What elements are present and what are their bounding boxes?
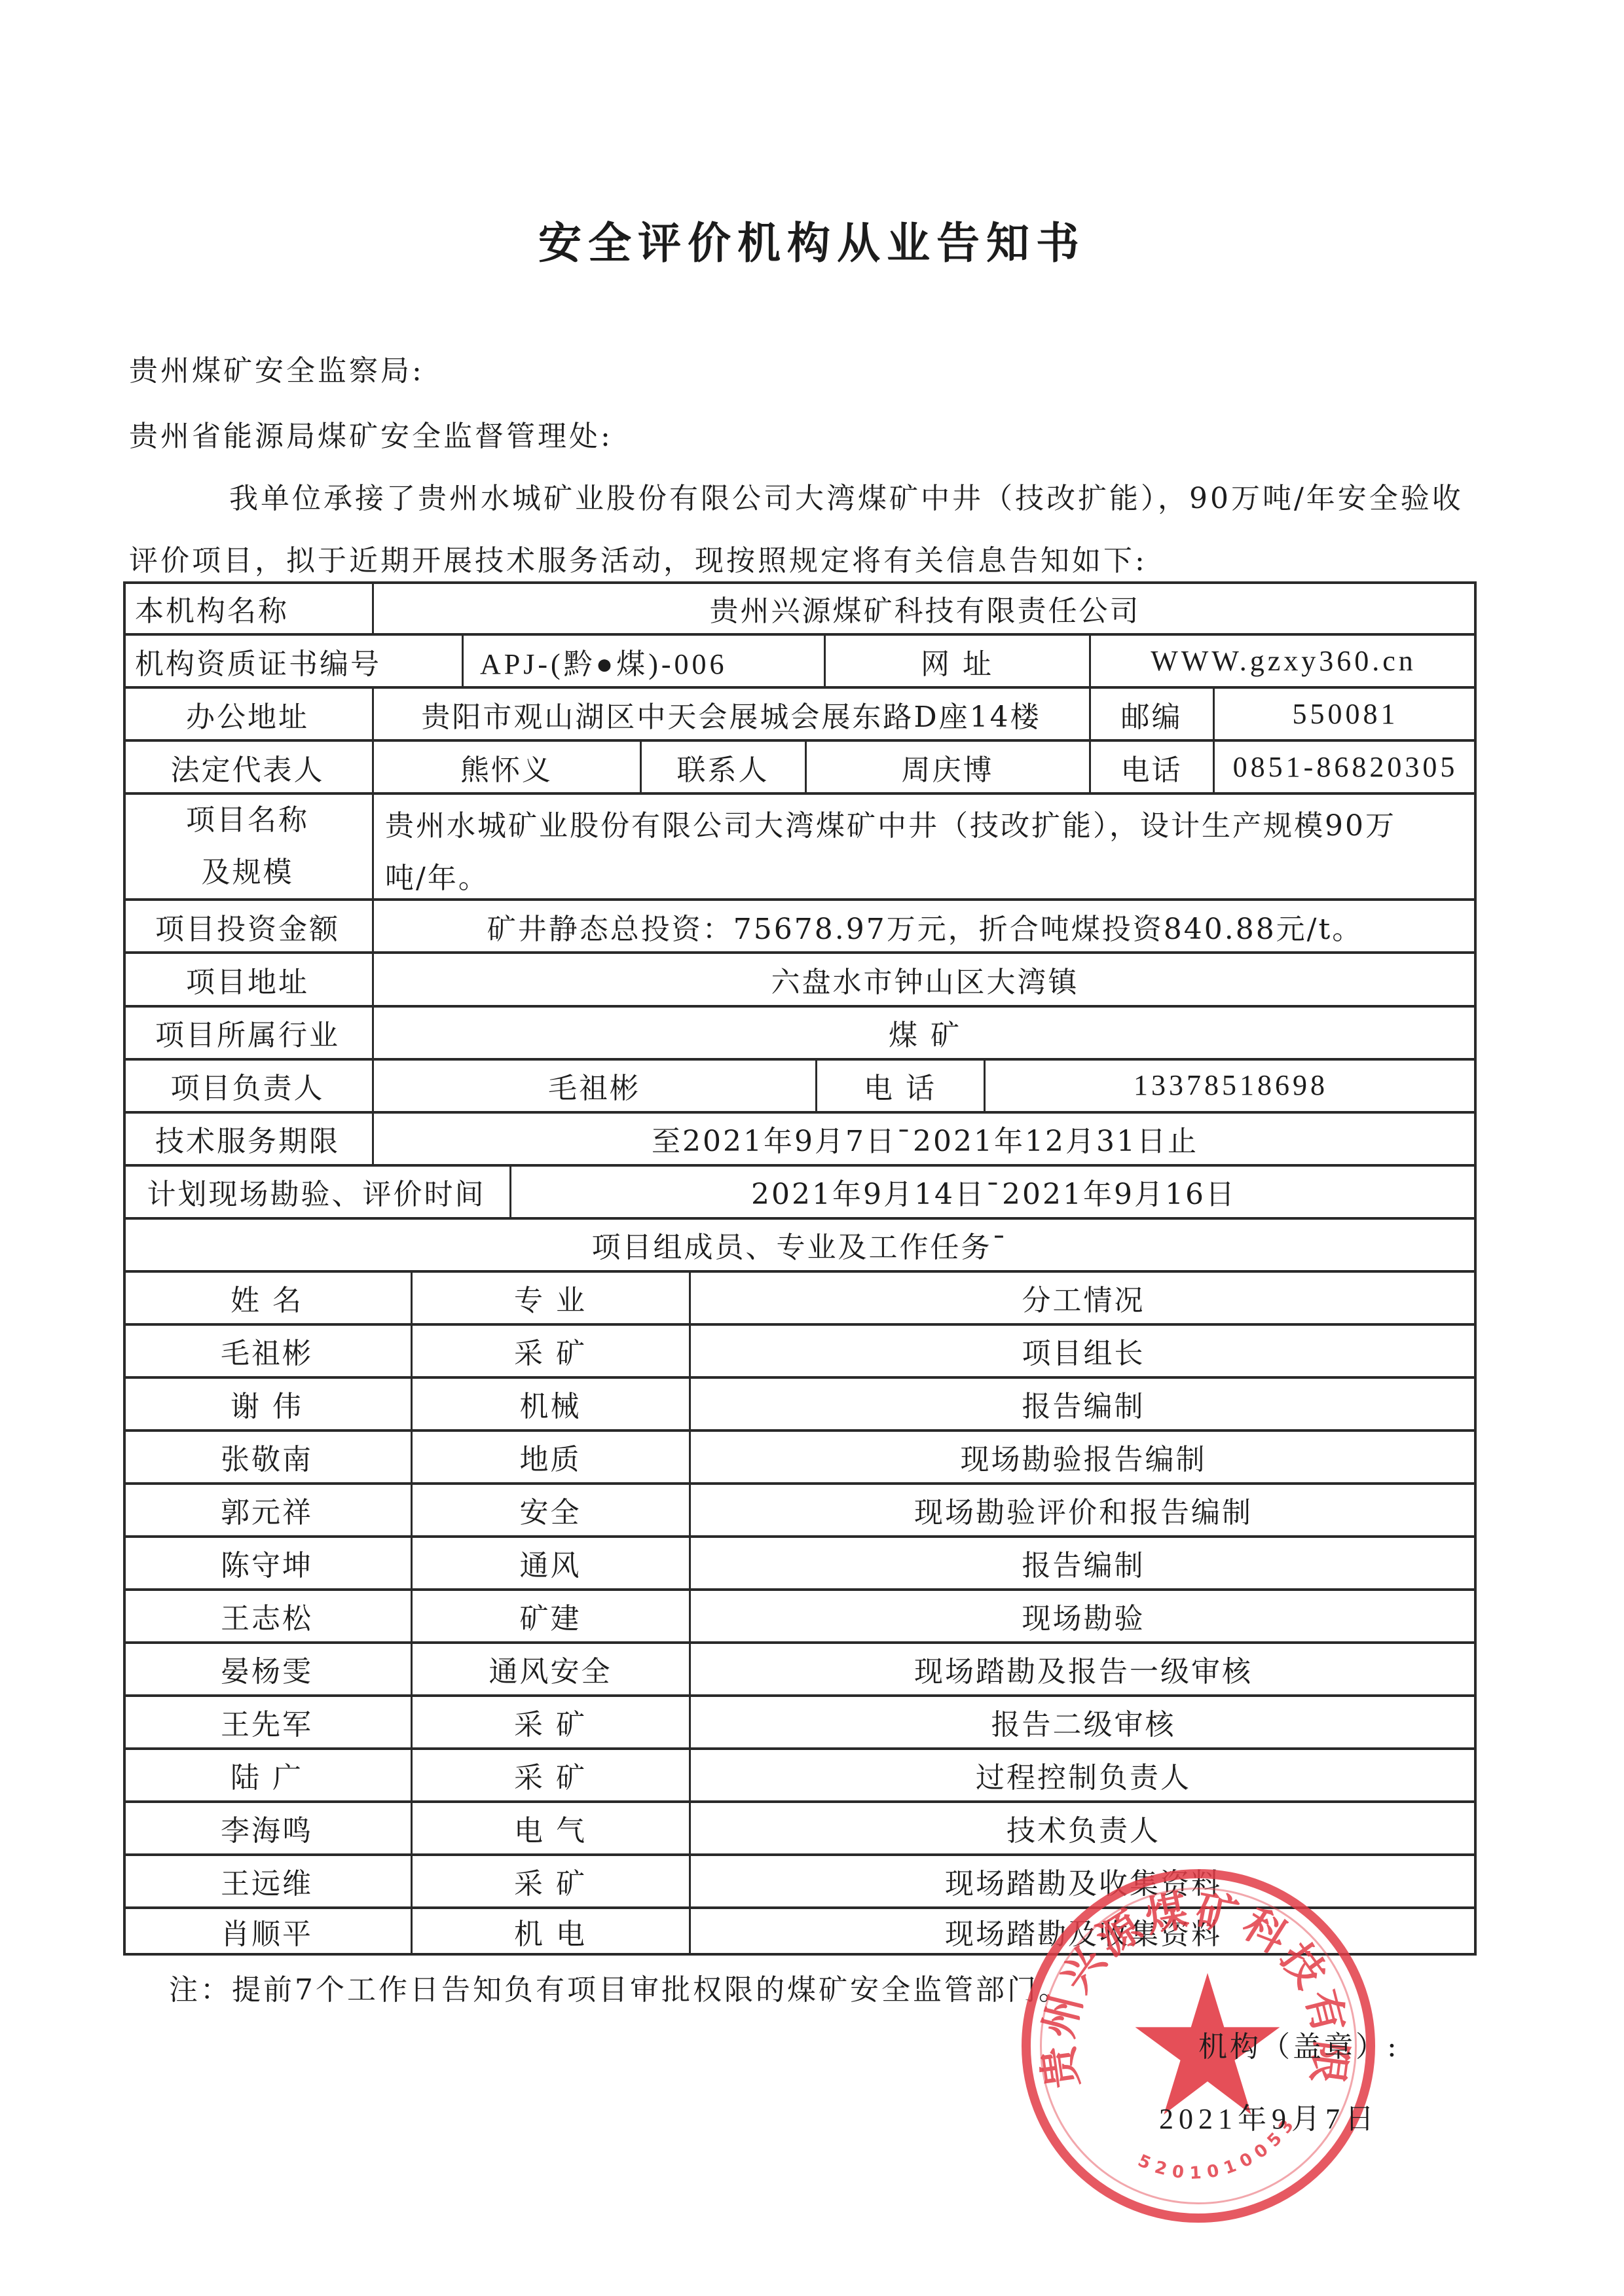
legal-rep-label: 法定代表人: [123, 740, 372, 793]
member-major: 采 矿: [412, 1854, 689, 1907]
service-period-label: 技术服务期限: [123, 1112, 372, 1165]
cert-no-label: 机构资质证书编号: [123, 634, 462, 687]
member-major: 通风安全: [412, 1642, 689, 1695]
member-name: 肖顺平: [123, 1907, 411, 1956]
survey-time-label: 计划现场勘验、评价时间: [123, 1165, 509, 1218]
member-task: 现场勘验报告编制: [690, 1430, 1477, 1483]
project-name-label: 项目名称 及规模: [123, 793, 372, 900]
recipient-2: 贵州省能源局煤矿安全监督管理处:: [129, 412, 613, 454]
signature-label: 机构（盖章）:: [1198, 2023, 1399, 2065]
member-name: 陈守坤: [123, 1536, 411, 1589]
member-name: 张敬南: [123, 1430, 411, 1483]
legal-rep-value: 熊怀义: [373, 740, 640, 793]
intro-line-2: 评价项目，拟于近期开展技术服务活动，现按照规定将有关信息告知如下:: [129, 537, 1147, 579]
member-name: 王志松: [123, 1589, 411, 1642]
postcode-label: 邮编: [1090, 687, 1213, 740]
office-address-value: 贵阳市观山湖区中天会展城会展东路D座14楼: [373, 687, 1089, 740]
member-task: 过程控制负责人: [690, 1748, 1477, 1801]
postcode-value: 550081: [1214, 687, 1477, 740]
member-major: 采 矿: [412, 1695, 689, 1748]
industry-value: 煤 矿: [373, 1006, 1477, 1059]
lead-phone-value: 13378518698: [985, 1059, 1477, 1112]
project-name-line2: 吨/年。: [385, 852, 1467, 900]
contact-label: 联系人: [641, 740, 805, 793]
members-header-major: 专 业: [412, 1271, 689, 1324]
member-task: 现场勘验: [690, 1589, 1477, 1642]
member-major: 矿建: [412, 1589, 689, 1642]
project-name-line1: 贵州水城矿业股份有限公司大湾煤矿中井（技改扩能），设计生产规模90万: [385, 800, 1467, 852]
member-major: 机械: [412, 1377, 689, 1430]
project-address-label: 项目地址: [123, 953, 372, 1006]
office-address-label: 办公地址: [123, 687, 372, 740]
member-task: 现场勘验评价和报告编制: [690, 1483, 1477, 1536]
member-name: 王先军: [123, 1695, 411, 1748]
member-name: 谢 伟: [123, 1377, 411, 1430]
member-name: 李海鸣: [123, 1801, 411, 1854]
project-lead-label: 项目负责人: [123, 1059, 372, 1112]
members-header-task: 分工情况: [690, 1271, 1477, 1324]
member-name: 陆 广: [123, 1748, 411, 1801]
cert-no-value: APJ-(黔●煤)-006: [463, 634, 824, 687]
member-major: 安全: [412, 1483, 689, 1536]
website-link[interactable]: WWW.gzxy360.cn: [1090, 634, 1477, 687]
member-task: 现场踏勘及报告一级审核: [690, 1642, 1477, 1695]
investment-label: 项目投资金额: [123, 900, 372, 953]
member-major: 采 矿: [412, 1748, 689, 1801]
member-task: 技术负责人: [690, 1801, 1477, 1854]
member-task: 报告编制: [690, 1377, 1477, 1430]
industry-label: 项目所属行业: [123, 1006, 372, 1059]
members-section-title: 项目组成员、专业及工作任务¯: [123, 1218, 1477, 1271]
lead-phone-label: 电 话: [817, 1059, 984, 1112]
investment-value: 矿井静态总投资：75678.97万元，折合吨煤投资840.88元/t。: [373, 900, 1477, 953]
project-lead-value: 毛祖彬: [373, 1059, 815, 1112]
survey-time-value: 2021年9月14日¯2021年9月16日: [511, 1165, 1477, 1218]
contact-value: 周庆博: [806, 740, 1089, 793]
member-major: 地质: [412, 1430, 689, 1483]
org-name-value: 贵州兴源煤矿科技有限责任公司: [373, 581, 1477, 634]
member-name: 郭元祥: [123, 1483, 411, 1536]
footer-note: 注：提前7个工作日告知负有项目审批权限的煤矿安全监管部门。: [169, 1966, 1070, 2008]
project-name-value: 贵州水城矿业股份有限公司大湾煤矿中井（技改扩能），设计生产规模90万 吨/年。: [373, 793, 1477, 900]
member-task: 报告编制: [690, 1536, 1477, 1589]
member-major: 通风: [412, 1536, 689, 1589]
signature-date: 2021年9月7日: [1159, 2095, 1379, 2137]
member-name: 晏杨雯: [123, 1642, 411, 1695]
phone-label: 电话: [1090, 740, 1213, 793]
member-major: 机 电: [412, 1907, 689, 1956]
project-name-label-line1: 项目名称: [186, 794, 309, 847]
org-name-label: 本机构名称: [123, 581, 372, 634]
project-address-value: 六盘水市钟山区大湾镇: [373, 953, 1477, 1006]
members-header-name: 姓 名: [123, 1271, 411, 1324]
member-name: 王远维: [123, 1854, 411, 1907]
phone-value: 0851-86820305: [1214, 740, 1477, 793]
document-title: 安全评价机构从业告知书: [0, 208, 1624, 270]
member-task: 项目组长: [690, 1324, 1477, 1377]
member-major: 采 矿: [412, 1324, 689, 1377]
intro-line-1: 我单位承接了贵州水城矿业股份有限公司大湾煤矿中井（技改扩能），90万吨/年安全验…: [229, 475, 1464, 517]
project-name-label-line2: 及规模: [202, 847, 294, 899]
service-period-value: 至2021年9月7日¯2021年12月31日止: [373, 1112, 1477, 1165]
member-major: 电 气: [412, 1801, 689, 1854]
recipient-1: 贵州煤矿安全监察局:: [129, 347, 424, 389]
member-name: 毛祖彬: [123, 1324, 411, 1377]
member-task: 报告二级审核: [690, 1695, 1477, 1748]
website-label: 网 址: [825, 634, 1089, 687]
